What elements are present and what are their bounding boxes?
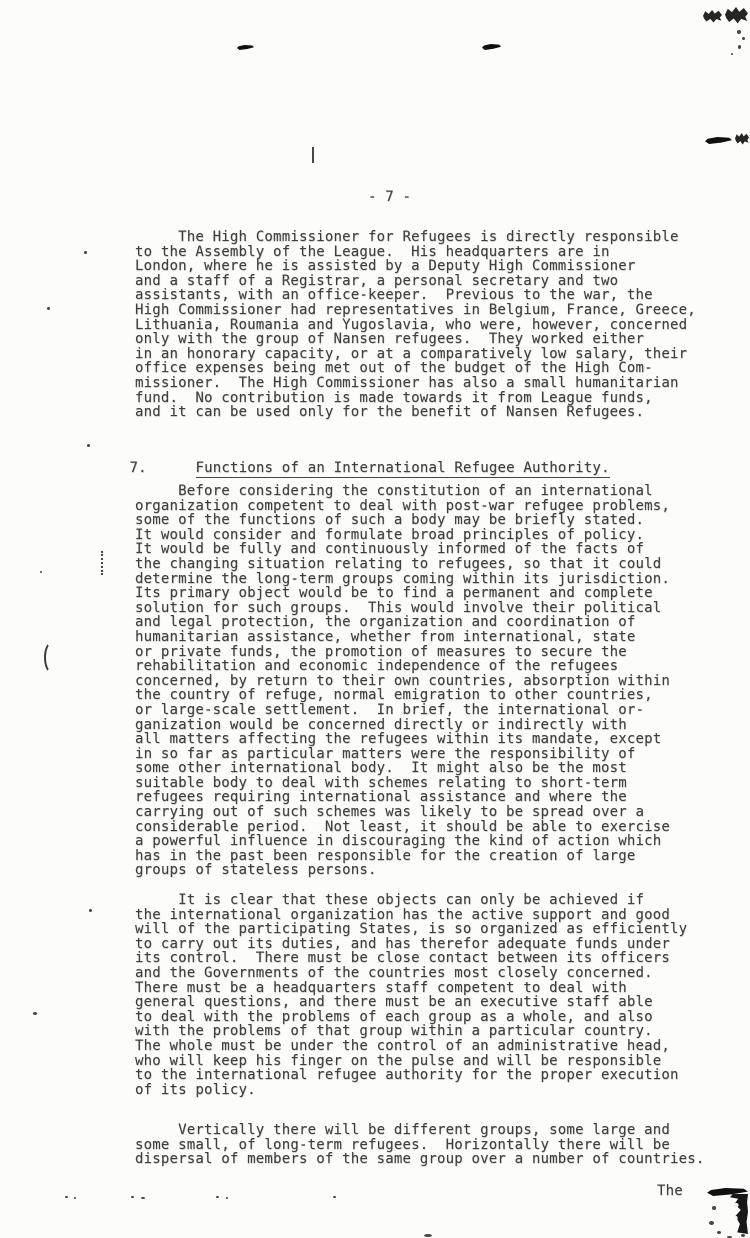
corner-blotch-mass <box>730 1194 748 1234</box>
ink-speck <box>717 1231 721 1234</box>
ink-speck <box>738 45 741 49</box>
ink-speck <box>226 1197 228 1199</box>
ink-speck <box>712 1206 716 1210</box>
ink-speck <box>131 1196 134 1198</box>
ink-speck <box>731 53 733 55</box>
stray-diagonal-mark <box>312 147 314 163</box>
paragraph-high-commissioner: The High Commissioner for Refugees is di… <box>135 230 696 420</box>
catchword: The <box>657 1184 683 1199</box>
ink-smudge-top-right-2 <box>725 7 748 24</box>
paragraph-functions-of-authority: Before considering the constitution of a… <box>135 484 670 878</box>
ink-speck <box>40 571 42 573</box>
ink-speck <box>742 37 745 40</box>
ink-smudge-top-right-1 <box>703 10 722 23</box>
ink-smudge-right-edge-2 <box>735 133 749 145</box>
ink-speck <box>74 1197 76 1199</box>
ink-speck <box>89 909 92 912</box>
ink-speck <box>87 444 90 447</box>
ink-speck <box>424 1234 432 1237</box>
section-title: Functions of an International Refugee Au… <box>196 460 610 478</box>
ink-speck <box>84 251 87 254</box>
ink-speck <box>141 1197 145 1199</box>
document-page: - 7 - The High Commissioner for Refugees… <box>0 0 750 1238</box>
ink-speck <box>741 1234 745 1237</box>
ink-smudge-right-edge-1 <box>705 137 732 144</box>
ink-speck <box>65 1196 68 1198</box>
paragraph-objects-achieved: It is clear that these objects can only … <box>135 893 687 1097</box>
ink-speck <box>216 1196 219 1198</box>
pen-tick-left <box>237 45 254 50</box>
left-margin-arc-mark <box>44 641 61 674</box>
ink-speck <box>333 1196 336 1198</box>
pen-tick-right <box>482 44 501 50</box>
section-number: 7. <box>130 461 196 476</box>
ink-speck <box>33 1012 37 1015</box>
ink-speck <box>47 307 50 310</box>
ink-speck <box>709 1221 714 1225</box>
left-margin-dotted-line <box>101 551 106 575</box>
paragraph-vertical-horizontal-groups: Vertically there will be different group… <box>135 1123 705 1167</box>
ink-speck <box>737 30 741 34</box>
page-number: - 7 - <box>368 190 411 205</box>
